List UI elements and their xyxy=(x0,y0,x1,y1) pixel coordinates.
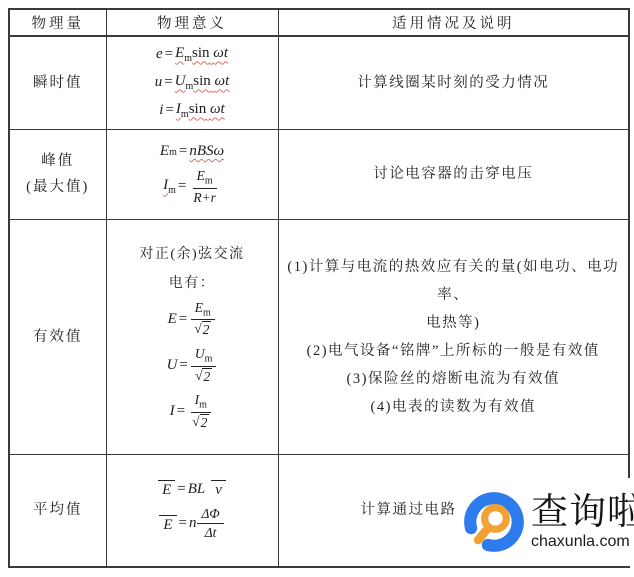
header-usage: 适用情况及说明 xyxy=(278,9,629,36)
formula-emf-peak: Em=nBSω xyxy=(160,143,224,160)
watermark-text: 查询啦 chaxunla.com xyxy=(531,493,634,551)
row-rms-formulas: 对正(余)弦交流 电有： E=Em√2 U=Um√2 I=Im√2 xyxy=(106,219,278,454)
watermark-brand: 查询啦 xyxy=(531,493,634,533)
formula-avg-emf-blv: E=BLv xyxy=(158,480,226,498)
formula-avg-emf-flux: E=nΔΦΔt xyxy=(159,507,224,540)
rms-intro-line1: 对正(余)弦交流 xyxy=(139,243,244,263)
formula-e-instant: e=Emsin ωt xyxy=(156,45,228,64)
row-rms-usage: (1)计算与电流的热效应有关的量(如电功、电功率、 电热等) (2)电气设备“铭… xyxy=(278,219,629,454)
row-rms-label: 有效值 xyxy=(9,219,106,454)
row-instantaneous-label: 瞬时值 xyxy=(9,36,106,129)
row-rms: 有效值 对正(余)弦交流 电有： E=Em√2 U=Um√2 I=Im√2 (1… xyxy=(9,219,629,454)
row-peak-label: 峰值 (最大值) xyxy=(9,129,106,219)
magnifier-logo-icon xyxy=(458,482,530,562)
page: 物理量 物理意义 适用情况及说明 瞬时值 e=Emsin ωt u=Umsin … xyxy=(0,0,634,577)
row-average-formulas: E=BLv E=nΔΦΔt xyxy=(106,454,278,567)
table-header-row: 物理量 物理意义 适用情况及说明 xyxy=(9,9,629,36)
formula-i-instant: i=Imsin ωt xyxy=(159,101,224,120)
header-quantity: 物理量 xyxy=(9,9,106,36)
formula-voltage-rms: U=Um√2 xyxy=(167,347,218,384)
rms-intro-line2: 电有： xyxy=(169,272,216,292)
formula-current-rms: I=Im√2 xyxy=(170,393,215,430)
formula-emf-rms: E=Em√2 xyxy=(168,301,217,338)
chaxunla-watermark: 查询啦 chaxunla.com xyxy=(458,478,632,566)
formula-current-peak: Im=EmR+r xyxy=(163,169,221,205)
watermark-site-url: chaxunla.com xyxy=(531,533,630,551)
header-meaning: 物理意义 xyxy=(106,9,278,36)
row-peak-formulas: Em=nBSω Im=EmR+r xyxy=(106,129,278,219)
row-instantaneous-usage: 计算线圈某时刻的受力情况 xyxy=(278,36,629,129)
row-average-label: 平均值 xyxy=(9,454,106,567)
formula-u-instant: u=Umsin ωt xyxy=(155,73,230,92)
row-peak: 峰值 (最大值) Em=nBSω Im=EmR+r 讨论电容器的击穿电压 xyxy=(9,129,629,219)
row-peak-usage: 讨论电容器的击穿电压 xyxy=(278,129,629,219)
row-instantaneous-formulas: e=Emsin ωt u=Umsin ωt i=Imsin ωt xyxy=(106,36,278,129)
row-instantaneous: 瞬时值 e=Emsin ωt u=Umsin ωt i=Imsin ωt 计算线… xyxy=(9,36,629,129)
